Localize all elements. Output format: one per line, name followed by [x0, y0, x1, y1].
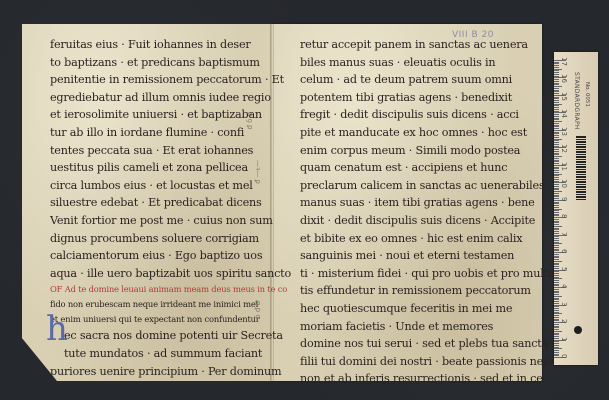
ruler-tick: [554, 62, 559, 63]
ruler-number: 15: [560, 92, 568, 101]
text-line: siluestre edebat · Et predicabat dicens: [50, 194, 291, 212]
ruler-tick: [554, 348, 562, 349]
text-line: non et ab inferis resurrectionis · sed e…: [300, 370, 557, 388]
ruler-tick: [554, 67, 559, 68]
ruler-tick: [554, 329, 559, 330]
ruler-tick: [554, 195, 559, 196]
ruler-number: 9: [560, 197, 568, 201]
text-line: enim corpus meum · Simili modo postea: [300, 142, 557, 160]
ruler-tick: [554, 308, 559, 309]
ruler-tick: [554, 72, 559, 73]
ruler-number: 7: [560, 232, 568, 236]
ruler-tick: [554, 219, 559, 220]
ruler-tick: [554, 111, 559, 112]
ruler-tick: [554, 181, 559, 182]
ruler-tick: [554, 168, 559, 169]
ruler-tick: [554, 291, 559, 292]
ruler-tick: [554, 107, 559, 108]
ruler-tick: [554, 146, 559, 147]
ruler-tick: [554, 324, 559, 325]
ruler-tick: [554, 315, 559, 316]
text-line: ti · misterium fidei · qui pro uobis et …: [300, 265, 557, 283]
ruler-tick: [554, 214, 559, 215]
ruler-tick: [554, 224, 559, 225]
text-line: manus suas · item tibi gratias agens · b…: [300, 194, 557, 212]
text-line: tur ab illo in iordane flumine · confi: [50, 124, 291, 142]
ruler-tick: [554, 174, 562, 175]
ruler-number: 16: [560, 74, 568, 83]
ruler-tick: [554, 128, 559, 129]
ruler-tick: [554, 139, 562, 140]
ruler-tick: [554, 116, 559, 117]
ruler-tick: [554, 109, 559, 110]
ruler-tick: [554, 243, 562, 244]
marginal-annotation: ꝑ ꝯ ꝑ: [245, 112, 254, 129]
ruler-tick: [554, 345, 559, 346]
ruler-tick: [554, 221, 559, 222]
ruler-tick: [554, 189, 559, 190]
ruler-number: 3: [560, 302, 568, 306]
ruler-tick: [554, 268, 559, 269]
ruler-tick: [554, 79, 559, 80]
ruler-tick: [554, 133, 559, 134]
ruler-number: 10: [560, 179, 568, 188]
marginal-annotation: ꝓ ꝑ ꝯ: [253, 300, 262, 318]
ruler-tick: [554, 266, 559, 267]
ruler-tick: [554, 205, 559, 206]
ruler-number: 13: [560, 127, 568, 136]
text-line: egrediebatur ad illum omnis iudee regio: [50, 89, 291, 107]
decorated-initial: h: [46, 312, 68, 346]
text-line: domine nos tui serui · sed et plebs tua …: [300, 335, 557, 353]
ruler-tick: [554, 247, 559, 248]
ruler-tick: [554, 257, 559, 258]
ruler-tick: [554, 306, 559, 307]
ruler-tick: [554, 273, 559, 274]
ruler-tick: [554, 125, 559, 126]
ruler-tick: [554, 158, 559, 159]
ruler-tick: [554, 126, 559, 127]
ruler-number: 2: [560, 319, 568, 323]
ruler-tick: [554, 161, 559, 162]
ruler-tick: [554, 326, 559, 327]
text-line: tentes peccata sua · Et erat iohannes: [50, 142, 291, 160]
ruler-tick: [554, 317, 559, 318]
ruler-tick: [554, 93, 559, 94]
ruler-tick: [554, 280, 559, 281]
ruler-tick: [554, 215, 559, 216]
text-line: et bibite ex eo omnes · hic est enim cal…: [300, 230, 557, 248]
ruler-number: 6: [560, 249, 568, 253]
ruler-tick: [554, 91, 559, 92]
ruler-tick: [554, 118, 559, 119]
text-line: et ierosolimite uniuersi · et baptizaban: [50, 106, 291, 124]
ruler-tick: [554, 151, 559, 152]
ruler-tick: [554, 193, 559, 194]
ruler-tick: [554, 76, 559, 77]
ruler-tick: [554, 74, 559, 75]
ruler-hole: [574, 326, 582, 334]
ruler-tick: [554, 65, 559, 66]
ruler-number: 4: [560, 284, 568, 288]
ruler-tick: [554, 137, 559, 138]
ruler-tick: [554, 69, 562, 70]
ruler-tick: [554, 119, 559, 120]
ruler-tick: [554, 104, 562, 105]
ruler-tick: [554, 167, 559, 168]
ruler-tick: [554, 86, 562, 87]
text-line: fregit · dedit discipulis suis dicens · …: [300, 106, 557, 124]
text-line: quam cenatum est · accipiens et hunc: [300, 159, 557, 177]
ruler-number: 8: [560, 214, 568, 218]
ruler-tick: [554, 249, 559, 250]
ruler-tick: [554, 144, 559, 145]
ruler-tick: [554, 188, 559, 189]
ruler-tick: [554, 233, 559, 234]
ruler-tick: [554, 236, 559, 237]
ruler-tick: [554, 352, 559, 353]
ruler-tick: [554, 81, 559, 82]
ruler-tick: [554, 331, 562, 332]
ruler-tick: [554, 90, 559, 91]
ruler-number: 14: [560, 109, 568, 118]
ruler-tick: [554, 242, 559, 243]
ruler-tick: [554, 121, 562, 122]
ruler-tick: [554, 210, 559, 211]
ruler-tick: [554, 310, 559, 311]
ruler-tick: [554, 149, 559, 150]
ruler-tick: [554, 264, 559, 265]
text-line: potentem tibi gratias agens · benedixit: [300, 89, 557, 107]
ruler-tick: [554, 184, 559, 185]
ruler-tick: [554, 298, 559, 299]
ruler-tick: [554, 179, 559, 180]
ruler-tick: [554, 275, 559, 276]
ruler-tick: [554, 259, 559, 260]
ruler-tick: [554, 303, 559, 304]
ruler-tick: [554, 229, 559, 230]
ruler-tick: [554, 88, 559, 89]
ruler-number: 11: [560, 162, 568, 171]
ruler-number: 0: [560, 354, 568, 358]
ruler-tick: [554, 196, 559, 197]
ruler-tick: [554, 336, 559, 337]
text-line: ec sacra nos domine potenti uir Secreta: [50, 327, 291, 345]
ruler-tick: [554, 163, 559, 164]
ruler-tick: [554, 135, 559, 136]
ruler-tick: [554, 154, 559, 155]
ruler-tick: [554, 240, 559, 241]
text-line: hec quotiescumque feceritis in mei me: [300, 300, 557, 318]
ruler-tick: [554, 299, 559, 300]
text-line: preclarum calicem in sanctas ac uenerabi…: [300, 177, 557, 195]
ruler-tick: [554, 198, 559, 199]
ruler-tick: [554, 238, 559, 239]
ruler-tick: [554, 354, 559, 355]
barcode-icon: [576, 136, 586, 200]
ruler-tick: [554, 202, 559, 203]
ruler-number: 12: [560, 144, 568, 153]
text-line: tute mundatos · ad summum faciant: [50, 345, 291, 363]
ruler-tick: [554, 277, 559, 278]
ruler-tick: [554, 284, 559, 285]
ruler-tick: [554, 350, 559, 351]
text-line: tis effundetur in remissionem peccatorum: [300, 282, 557, 300]
text-line: calciamentorum eius · Ego baptizo uos: [50, 247, 291, 265]
ruler-tick: [554, 256, 559, 257]
ruler-tick: [554, 212, 559, 213]
ruler-tick: [554, 263, 559, 264]
text-line: dignus procumbens soluere corrigiam: [50, 230, 291, 248]
ruler-tick: [554, 140, 559, 141]
ruler-tick: [554, 170, 559, 171]
text-line: Venit fortior me post me · cuius non sum: [50, 212, 291, 230]
left-leaf-text: feruitas eius · Fuit iohannes in deser t…: [50, 36, 291, 380]
ruler-number: 17: [560, 57, 568, 66]
ruler-tick: [554, 333, 559, 334]
ruler-tick: [554, 341, 559, 342]
ruler-tick: [554, 301, 559, 302]
ruler-ticks: 01234567891011121314151617: [554, 52, 568, 365]
marginal-annotation: —ꝛ— ꝑ: [253, 160, 262, 184]
ruler-tick: [554, 63, 559, 64]
ruler-tick: [554, 338, 559, 339]
ruler-number: 1: [560, 337, 568, 341]
ruler-brand: STANDARDGRAPH: [573, 72, 580, 130]
ruler-tick: [554, 271, 559, 272]
text-line: retur accepit panem in sanctas ac uenera: [300, 36, 557, 54]
ruler-tick: [554, 231, 559, 232]
ruler-tick: [554, 250, 559, 251]
ruler-tick: [554, 245, 559, 246]
ruler-number: 5: [560, 267, 568, 271]
ruler-tick: [554, 209, 562, 210]
text-line: biles manus suas · eleuatis oculis in: [300, 54, 557, 72]
ruler-tick: [554, 226, 562, 227]
ruler-tick: [554, 334, 559, 335]
text-line: sanguinis mei · noui et eterni testamen: [300, 247, 557, 265]
ruler-tick: [554, 105, 559, 106]
ruler-tick: [554, 282, 559, 283]
ruler-tick: [554, 343, 559, 344]
ruler-tick: [554, 319, 559, 320]
ruler-tick: [554, 100, 559, 101]
ruler-tick: [554, 289, 559, 290]
ruler-tick: [554, 313, 562, 314]
ruler-tick: [554, 172, 559, 173]
ruler-tick: [554, 132, 559, 133]
ruler-tick: [554, 153, 559, 154]
ruler-tick: [554, 191, 562, 192]
ruler-tick: [554, 320, 559, 321]
text-line: pite et manducate ex hoc omnes · hoc est: [300, 124, 557, 142]
text-line: penitentie in remissionem peccatorum · E…: [50, 71, 291, 89]
ruler-tick: [554, 278, 562, 279]
ruler-tick: [554, 261, 562, 262]
ruler-tick: [554, 292, 559, 293]
ruler-tick: [554, 123, 559, 124]
ruler-tick: [554, 83, 559, 84]
right-leaf-text: retur accepit panem in sanctas ac uenera…: [300, 36, 557, 388]
ruler-tick: [554, 186, 559, 187]
ruler-tick: [554, 228, 559, 229]
ruler-tick: [554, 294, 559, 295]
ruler-tick: [554, 347, 559, 348]
text-line: to baptizans · et predicans baptismum: [50, 54, 291, 72]
ruler-tick: [554, 84, 559, 85]
ruler-tick: [554, 254, 559, 255]
text-line: celum · ad te deum patrem suum omni: [300, 71, 557, 89]
ruler-tick: [554, 355, 559, 356]
offertory-line: OF Ad te domine leuaui animam meam deus …: [50, 282, 291, 297]
ruler-tick: [554, 97, 559, 98]
text-line: dixit · dedit discipulis suis dicens · A…: [300, 212, 557, 230]
ruler-tick: [554, 285, 559, 286]
text-line: feruitas eius · Fuit iohannes in deser: [50, 36, 291, 54]
measuring-ruler: 01234567891011121314151617 STANDARDGRAPH…: [554, 52, 598, 365]
ruler-tick: [554, 222, 559, 223]
ruler-tick: [554, 70, 559, 71]
ruler-tick: [554, 175, 559, 176]
ruler-tick: [554, 156, 562, 157]
ruler-tick: [554, 114, 559, 115]
ruler-tick: [554, 312, 559, 313]
ruler-tick: [554, 98, 559, 99]
text-line: moriam facietis · Unde et memores: [300, 318, 557, 336]
ruler-model: No. 0051: [584, 82, 590, 107]
ruler-tick: [554, 160, 559, 161]
text-line: aqua · ille uero baptizabit uos spiritu …: [50, 265, 291, 283]
ruler-tick: [554, 177, 559, 178]
ruler-tick: [554, 296, 562, 297]
ruler-tick: [554, 203, 559, 204]
ruler-tick: [554, 207, 559, 208]
text-line: puriores uenire principium · Per dominum: [50, 363, 291, 381]
ruler-tick: [554, 142, 559, 143]
ruler-tick: [554, 102, 559, 103]
ruler-tick: [554, 327, 559, 328]
text-line: filii tui domini dei nostri · beate pass…: [300, 353, 557, 371]
